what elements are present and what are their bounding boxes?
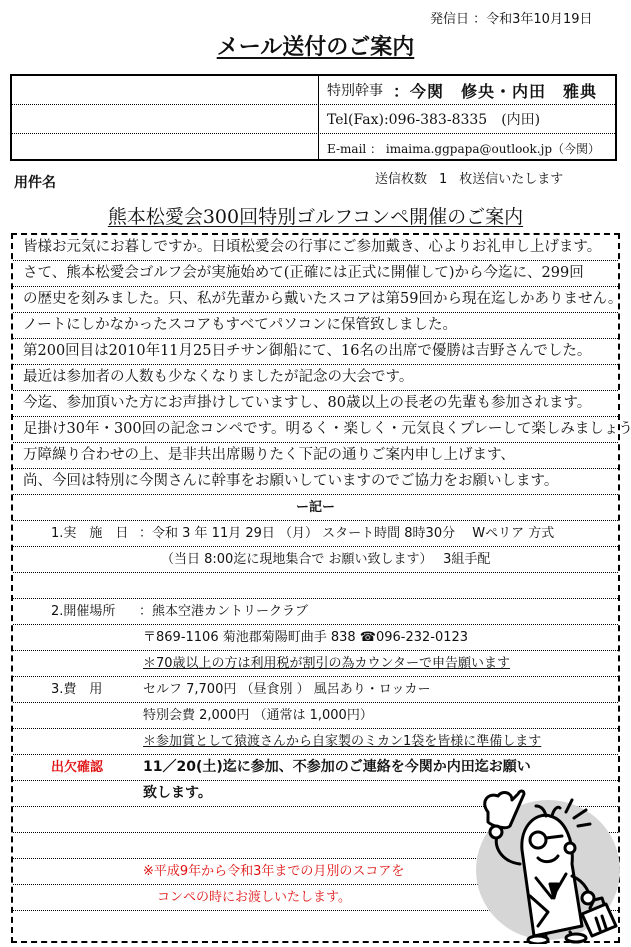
date-label: 1.実 施 日 <box>51 521 128 546</box>
mascot-illustration <box>462 786 620 944</box>
organizer-names: ：今関 修央・内田 雅典 <box>393 79 597 102</box>
rsvp-row: 出欠確認 11／20(土)迄に参加、不参加のご連絡を今関か内田迄お願い <box>13 755 618 781</box>
fee-special: 特別会費 2,000円 （通常は 1,000円） <box>143 703 373 728</box>
subject-label: 用件名 <box>14 172 56 192</box>
event-title-text: 熊本松愛会300回特別ゴルフコンペ開催のご案内 <box>108 206 523 228</box>
rsvp-label: 出欠確認 <box>51 755 103 780</box>
record-heading-row: ー記ー <box>13 495 618 521</box>
body-line: 万障繰り合わせの上、是非共出席賜りたく下記の通りご案内申し上げます、 <box>13 443 618 469</box>
fee-note: ＊参加賞として猿渡さんから自家製のミカン1袋を皆様に準備します <box>143 729 541 754</box>
tel-row: Tel(Fax):096-383-8335 (内田) <box>319 105 615 133</box>
body-line: 第200回目は2010年11月25日チサン御船にて、16名の出席で優勝は吉野さん… <box>13 339 618 365</box>
pages-prefix: 送信枚数 <box>375 172 427 187</box>
date-value: ：令和 3 年 11月 29日 （月） スタート時間 8時30分 Wペリア 方式 <box>139 521 554 546</box>
body-line: 尚、今回は特別に今関さんに幹事をお願いしていますのでご協力をお願いします。 <box>13 469 618 495</box>
email-row[interactable]: E-mail ： imaima.ggpapa@outlook.jp（今関） <box>319 134 615 162</box>
pages-count-line: 送信枚数1枚送信いたします <box>375 168 563 187</box>
venue-address: 〒869-1106 菊池郡菊陽町曲手 838 ☎096-232-0123 <box>143 625 468 650</box>
venue-address-row: 〒869-1106 菊池郡菊陽町曲手 838 ☎096-232-0123 <box>13 625 618 651</box>
pages-suffix: 枚送信いたします <box>459 172 563 187</box>
organizer-row: 特別幹事 ：今関 修央・内田 雅典 <box>319 76 615 104</box>
record-heading: ー記ー <box>13 495 618 520</box>
rsvp-line2: 致します。 <box>143 781 212 806</box>
body-line: 皆様お元気にお暮しですか。日頃松愛会の行事にご参加戴き、心よりお礼申し上げます。 <box>13 235 618 261</box>
date-note-row: （当日 8:00迄に現地集合で お願い致します） 3組手配 <box>13 547 618 573</box>
body-line: さて、熊本松愛会ゴルフ会が実施始めて(正確には正式に開催して)から今迄に、299… <box>13 261 618 287</box>
fee-label: 3.費 用 <box>51 677 102 702</box>
venue-row: 2.開催場所 ：熊本空港カントリークラブ <box>13 599 618 625</box>
page-title-text: メール送付のご案内 <box>217 34 415 60</box>
venue-label: 2.開催場所 <box>51 599 115 624</box>
fee-row: 3.費 用 セルフ 7,700円 （昼食別 ） 風呂あり・ロッカー <box>13 677 618 703</box>
fee-value: セルフ 7,700円 （昼食別 ） 風呂あり・ロッカー <box>143 677 431 702</box>
score-note-line1: ※平成9年から令和3年までの月別のスコアを <box>143 859 404 884</box>
body-line: 最近は参加者の人数も少なくなりましたが記念の大会です。 <box>13 365 618 391</box>
fee-special-row: 特別会費 2,000円 （通常は 1,000円） <box>13 703 618 729</box>
score-note-line2: コンペの時にお渡しいたします。 <box>157 885 351 910</box>
sender-info-box: 特別幹事 ：今関 修央・内田 雅典 Tel(Fax):096-383-8335 … <box>10 74 617 161</box>
venue-value: ：熊本空港カントリークラブ <box>139 599 308 624</box>
body-line: ノートにしかなかったスコアもすべてパソコンに保管致しました。 <box>13 313 618 339</box>
date-note: （当日 8:00迄に現地集合で お願い致します） 3組手配 <box>161 547 490 572</box>
venue-note-row: ＊70歳以上の方は利用税が割引の為カウンターで申告願います <box>13 651 618 677</box>
event-title: 熊本松愛会300回特別ゴルフコンペ開催のご案内 <box>0 202 631 229</box>
body-line: の歴史を刻みました。只、私が先輩から戴いたスコアは第59回から現在迄しかありませ… <box>13 287 618 313</box>
date-row: 1.実 施 日 ：令和 3 年 11月 29日 （月） スタート時間 8時30分… <box>13 521 618 547</box>
rsvp-line1: 11／20(土)迄に参加、不参加のご連絡を今関か内田迄お願い <box>143 755 531 780</box>
send-date: 発信日 ：令和3年10月19日 <box>430 8 593 27</box>
page-title: メール送付のご案内 <box>0 30 631 61</box>
pages-count: 1 <box>439 172 447 187</box>
blank-row <box>13 573 618 599</box>
fee-note-row: ＊参加賞として猿渡さんから自家製のミカン1袋を皆様に準備します <box>13 729 618 755</box>
body-line: 足掛け30年・300回の記念コンペです。明るく・楽しく・元気良くプレーして楽しみ… <box>13 417 618 443</box>
venue-note: ＊70歳以上の方は利用税が割引の為カウンターで申告願います <box>143 651 510 676</box>
organizer-label: 特別幹事 <box>327 80 383 100</box>
body-line: 今迄、参加頂いた方にお声掛けしていますし、80歳以上の長老の先輩も参加されます。 <box>13 391 618 417</box>
